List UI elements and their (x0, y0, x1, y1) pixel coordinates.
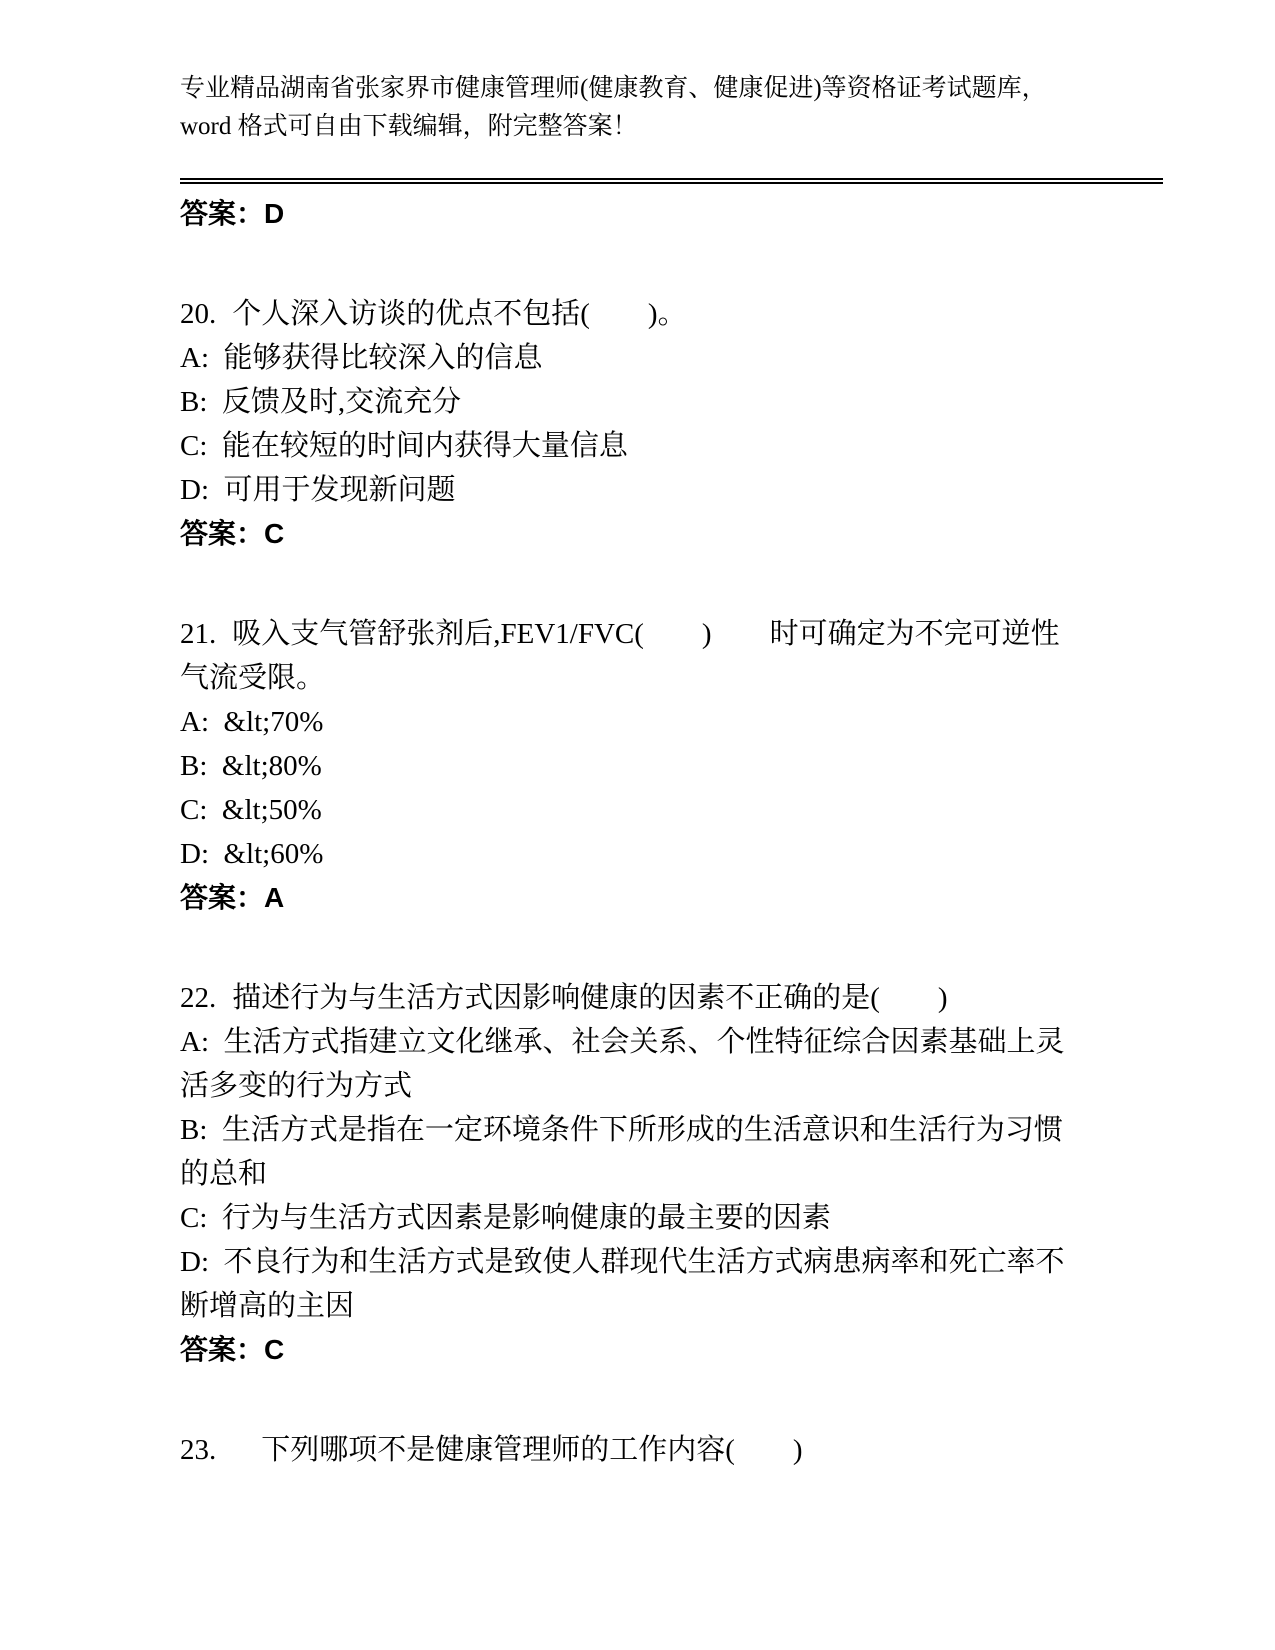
option-a: A: 生活方式指建立文化继承、社会关系、个性特征综合因素基础上灵活多变的行为方式 (180, 1020, 1080, 1108)
document-body: 答案：D 20.个人深入访谈的优点不包括( )。 A: 能够获得比较深入的信息 … (180, 192, 1163, 1472)
option-a: A: 能够获得比较深入的信息 (180, 336, 1080, 380)
option-c: C: 行为与生活方式因素是影响健康的最主要的因素 (180, 1196, 1080, 1240)
option-c: C: 能在较短的时间内获得大量信息 (180, 424, 1080, 468)
page-content: 专业精品湖南省张家界市健康管理师(健康教育、健康促进)等资格证考试题库， wor… (180, 70, 1163, 1472)
question-text: 吸入支气管舒张剂后,FEV1/FVC( ) 时可确定为不完可逆性气流受限。 (180, 618, 1060, 694)
question-text: 个人深入访谈的优点不包括( )。 (232, 298, 686, 330)
question-number: 21. (180, 612, 216, 656)
question-block-20: 20.个人深入访谈的优点不包括( )。 A: 能够获得比较深入的信息 B: 反馈… (180, 292, 1163, 556)
question-number: 23. (180, 1428, 216, 1472)
header-double-rule (180, 178, 1163, 184)
question-line: 21.吸入支气管舒张剂后,FEV1/FVC( ) 时可确定为不完可逆性气流受限。 (180, 612, 1080, 700)
question-block-21: 21.吸入支气管舒张剂后,FEV1/FVC( ) 时可确定为不完可逆性气流受限。… (180, 612, 1163, 920)
question-number: 20. (180, 292, 216, 336)
page-header: 专业精品湖南省张家界市健康管理师(健康教育、健康促进)等资格证考试题库， wor… (180, 70, 1163, 184)
answer-line-previous-question: 答案：D (180, 192, 1080, 236)
question-block-23: 23. 下列哪项不是健康管理师的工作内容( ) (180, 1428, 1163, 1472)
question-line: 22.描述行为与生活方式因影响健康的因素不正确的是( ) (180, 976, 1080, 1020)
option-c: C: &lt;50% (180, 788, 1080, 832)
option-a: A: &lt;70% (180, 700, 1080, 744)
question-text: 描述行为与生活方式因影响健康的因素不正确的是( ) (232, 982, 947, 1014)
question-line: 23. 下列哪项不是健康管理师的工作内容( ) (180, 1428, 1080, 1472)
option-b: B: 反馈及时,交流充分 (180, 380, 1080, 424)
option-d: D: 可用于发现新问题 (180, 468, 1080, 512)
header-line-2: word 格式可自由下载编辑，附完整答案！ (180, 108, 1163, 146)
question-number: 22. (180, 976, 216, 1020)
question-text: 下列哪项不是健康管理师的工作内容( ) (232, 1434, 802, 1466)
option-d: D: 不良行为和生活方式是致使人群现代生活方式病患病率和死亡率不断增高的主因 (180, 1240, 1080, 1328)
answer-line: 答案：A (180, 876, 1080, 920)
question-line: 20.个人深入访谈的优点不包括( )。 (180, 292, 1080, 336)
option-d: D: &lt;60% (180, 832, 1080, 876)
header-line-1: 专业精品湖南省张家界市健康管理师(健康教育、健康促进)等资格证考试题库， (180, 70, 1163, 108)
answer-line: 答案：C (180, 1328, 1080, 1372)
option-b: B: 生活方式是指在一定环境条件下所形成的生活意识和生活行为习惯的总和 (180, 1108, 1080, 1196)
document-page: 专业精品湖南省张家界市健康管理师(健康教育、健康促进)等资格证考试题库， wor… (0, 0, 1275, 1650)
answer-line: 答案：C (180, 512, 1080, 556)
question-block-22: 22.描述行为与生活方式因影响健康的因素不正确的是( ) A: 生活方式指建立文… (180, 976, 1163, 1372)
option-b: B: &lt;80% (180, 744, 1080, 788)
